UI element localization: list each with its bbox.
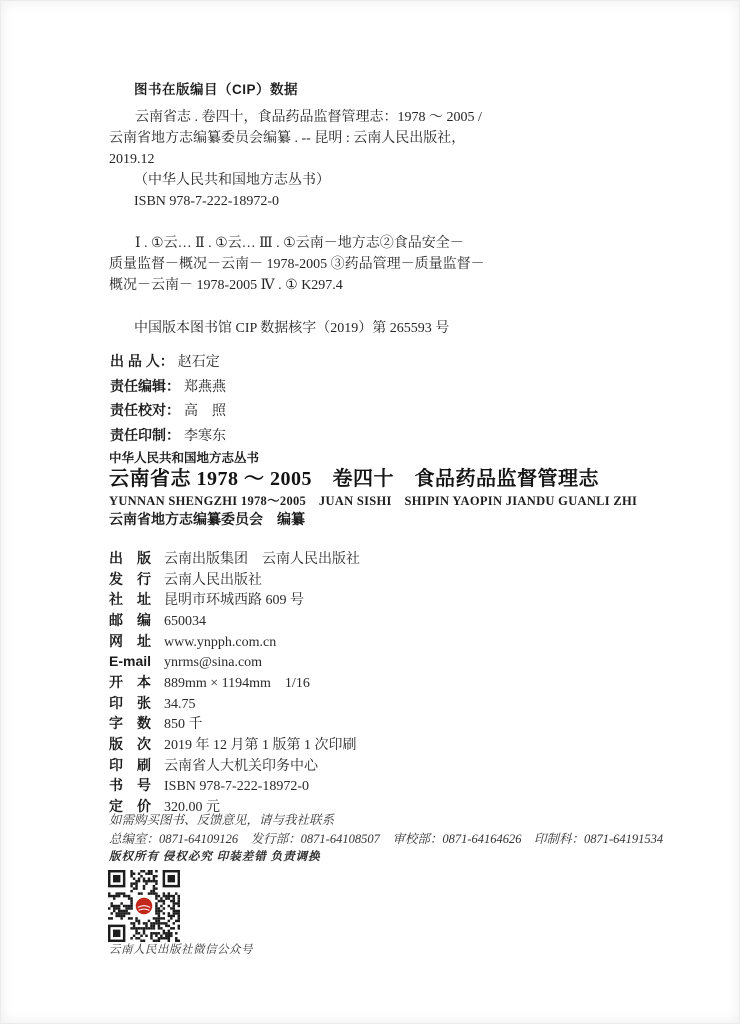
contact-phones: 总编室：0871-64109126 发行部：0871-64108507 审校部：… [109,832,663,847]
publication-label: 网 址 [109,632,164,652]
classification-line: Ⅰ . ①云… Ⅱ . ①云… Ⅲ . ①云南－地方志②食品安全－ [109,234,609,255]
cip-record-line: 云南省地方志编纂委员会编纂 . -- 昆明 : 云南人民出版社， [109,129,589,150]
publication-label: 印 张 [109,694,164,714]
publication-value: 昆明市环城西路 609 号 [164,593,304,608]
cip-number-line: 中国版本图书馆 CIP 数据核字（2019）第 265593 号 [134,319,449,340]
publication-row: 版 次2019 年 12 月第 1 版第 1 次印刷 [109,735,360,756]
publication-label: 印 刷 [109,756,164,776]
staff-role-label: 出 品 人： [110,353,174,369]
copyright-page: 图书在版编目（CIP）数据 云南省志 . 卷四十，食品药品监督管理志：1978 … [0,0,740,1024]
staff-name: 郑燕燕 [184,380,226,395]
publication-value: 34.75 [164,697,196,712]
staff-row: 责任编辑：郑燕燕 [110,375,226,400]
publication-row: 印 张34.75 [109,694,360,715]
publication-row: 网 址www.ynpph.com.cn [109,632,360,653]
publication-label: 书 号 [109,776,164,796]
publication-value: 650034 [164,614,206,629]
cip-heading: 图书在版编目（CIP）数据 [134,78,298,98]
contact-note: 如需购买图书、反馈意见，请与我社联系 [109,813,334,828]
publication-label: E-mail [109,652,164,672]
publication-value: www.ynpph.com.cn [164,635,276,650]
staff-role-label: 责任编辑： [110,378,180,394]
staff-row: 责任印制：李寒东 [110,424,226,449]
publication-label: 发 行 [109,570,164,590]
series-title: 中华人民共和国地方志丛书 [109,451,259,466]
book-title-pinyin: YUNNAN SHENGZHI 1978～2005 JUAN SISHI SHI… [109,494,637,509]
publication-label: 开 本 [109,673,164,693]
publication-value: ISBN 978-7-222-18972-0 [164,779,309,794]
wechat-qr-code [108,870,180,942]
compiler-line: 云南省地方志编纂委员会 编纂 [109,510,305,529]
series-note: （中华人民共和国地方志丛书） [134,171,330,192]
cip-record-line: 云南省志 . 卷四十，食品药品监督管理志：1978 ～ 2005 / [109,108,589,129]
qr-caption: 云南人民出版社微信公众号 [109,943,253,957]
cip-classification: Ⅰ . ①云… Ⅱ . ①云… Ⅲ . ①云南－地方志②食品安全－ 质量监督－概… [109,234,609,296]
publication-label: 版 次 [109,735,164,755]
publication-value: 云南人民出版社 [164,573,262,588]
publication-value: 2019 年 12 月第 1 版第 1 次印刷 [164,738,357,753]
publication-row: E-mailynrms@sina.com [109,652,360,673]
publication-row: 开 本889mm × 1194mm 1/16 [109,673,360,694]
publication-row: 出 版云南出版集团 云南人民出版社 [109,549,360,570]
staff-role-label: 责任校对： [110,402,180,418]
copyright-notice: 版权所有 侵权必究 印装差错 负责调换 [109,850,321,865]
publication-label: 出 版 [109,549,164,569]
publication-value: 889mm × 1194mm 1/16 [164,676,310,691]
isbn-line: ISBN 978-7-222-18972-0 [134,192,279,213]
book-title: 云南省志 1978 ～ 2005 卷四十 食品药品监督管理志 [109,466,599,492]
staff-credits: 出 品 人：赵石定 责任编辑：郑燕燕 责任校对：高 照 责任印制：李寒东 [110,350,226,448]
staff-name: 赵石定 [178,355,220,370]
classification-line: 概况－云南－ 1978-2005 Ⅳ . ① K297.4 [109,276,609,297]
publication-row: 社 址昆明市环城西路 609 号 [109,590,360,611]
cip-record: 云南省志 . 卷四十，食品药品监督管理志：1978 ～ 2005 / 云南省地方… [109,108,589,170]
qr-code-icon [108,870,180,942]
publication-value: ynrms@sina.com [164,655,262,670]
publication-value: 云南出版集团 云南人民出版社 [164,552,360,567]
publication-row: 书 号ISBN 978-7-222-18972-0 [109,776,360,797]
publication-value: 850 千 [164,717,203,732]
publication-label: 邮 编 [109,611,164,631]
staff-role-label: 责任印制： [110,427,180,443]
publication-row: 邮 编650034 [109,611,360,632]
staff-row: 责任校对：高 照 [110,399,226,424]
cip-record-line: 2019.12 [109,150,589,171]
staff-name: 李寒东 [184,429,226,444]
publication-label: 字 数 [109,714,164,734]
publication-label: 社 址 [109,590,164,610]
publication-row: 发 行云南人民出版社 [109,570,360,591]
publication-row: 印 刷云南省人大机关印务中心 [109,756,360,777]
staff-name: 高 照 [184,404,226,419]
publication-value: 云南省人大机关印务中心 [164,759,318,774]
publication-row: 字 数850 千 [109,714,360,735]
staff-row: 出 品 人：赵石定 [110,350,226,375]
publication-info: 出 版云南出版集团 云南人民出版社 发 行云南人民出版社 社 址昆明市环城西路 … [109,549,360,818]
classification-line: 质量监督－概况－云南－ 1978-2005 ③药品管理－质量监督－ [109,255,609,276]
